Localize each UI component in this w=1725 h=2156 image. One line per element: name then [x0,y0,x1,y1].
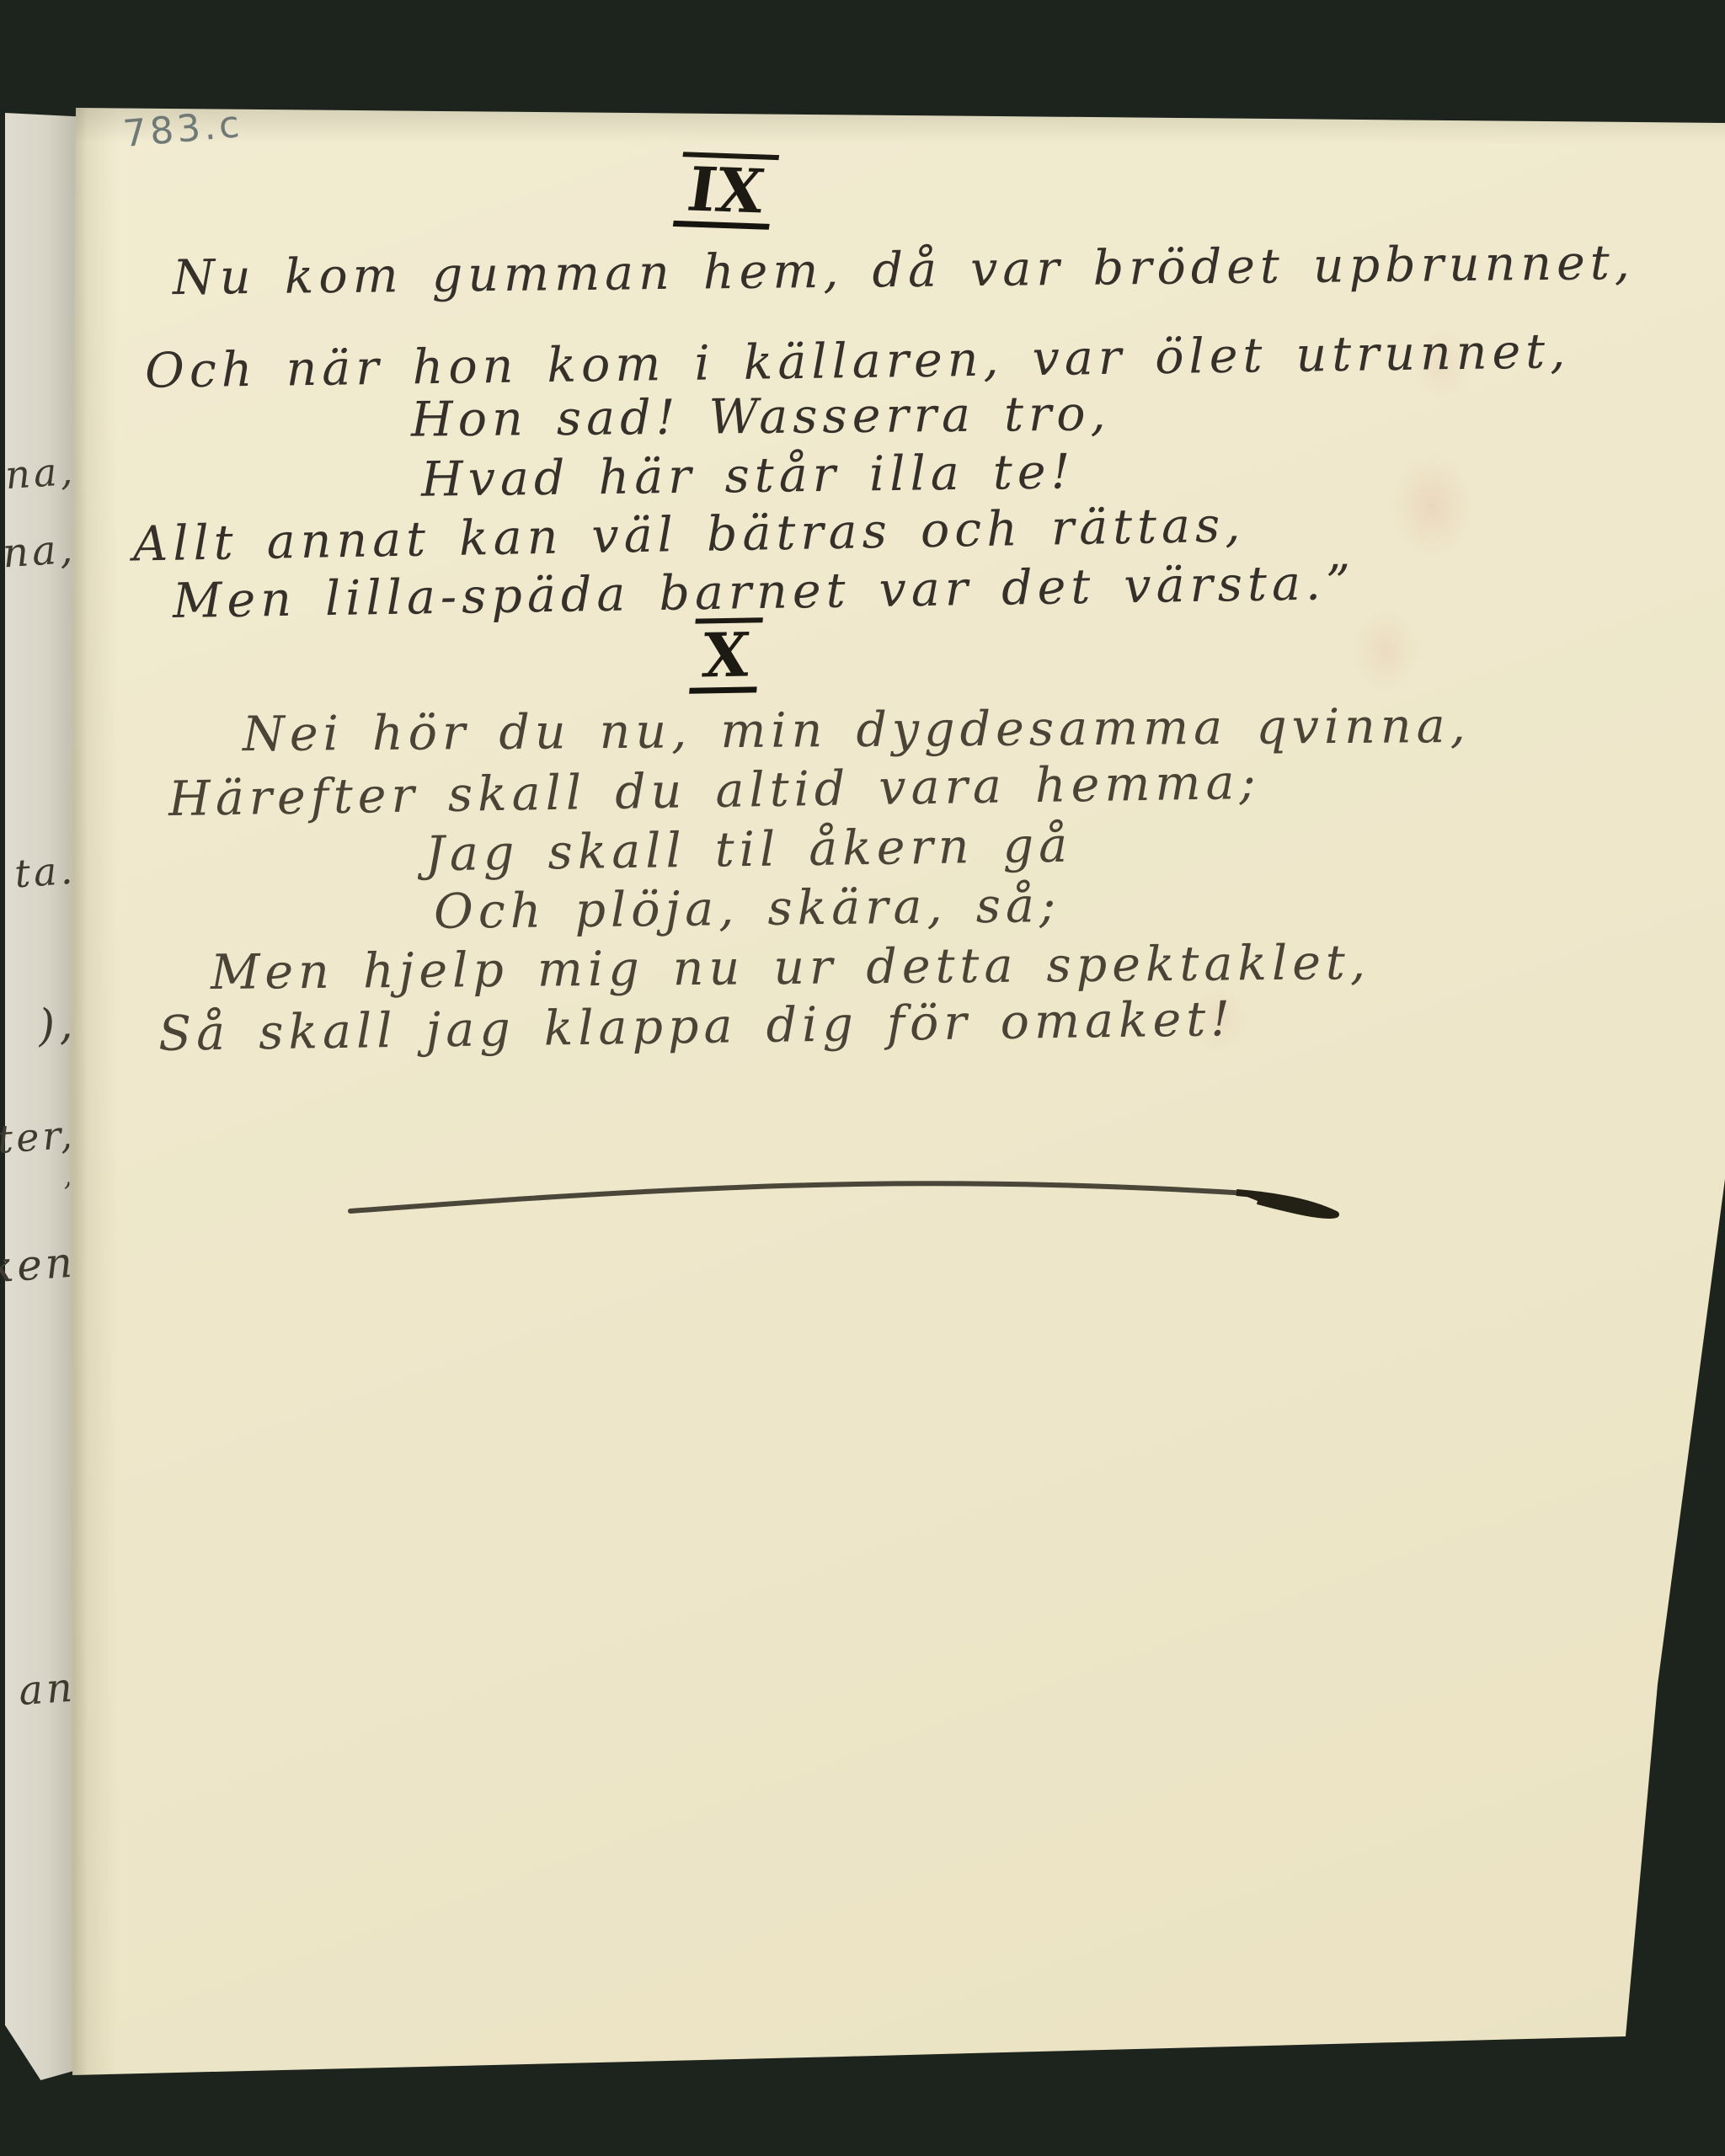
verse-line: Och plöja, skära, så; [434,878,1061,940]
verse-line: Nei hör du nu, min dygdesamma qvinna, [243,698,1471,762]
hand-drawn-rule [344,1172,1354,1231]
photograph-of-manuscript: na, öna, ta. ), ter, , aken an 783.c IX … [0,0,1725,2156]
verse-line: Men hjelp mig nu ur detta spektaklet, [211,935,1370,1001]
section-heading-x: X [633,616,820,695]
section-heading-ix: IX [633,150,820,232]
verse-line: Hon sad! Wasserra tro, [411,386,1111,447]
manuscript-page [0,0,1725,2156]
verse-line: Jag skall til åkern gå [425,818,1073,883]
verse-line: Hvad här står illa te! [421,444,1076,507]
